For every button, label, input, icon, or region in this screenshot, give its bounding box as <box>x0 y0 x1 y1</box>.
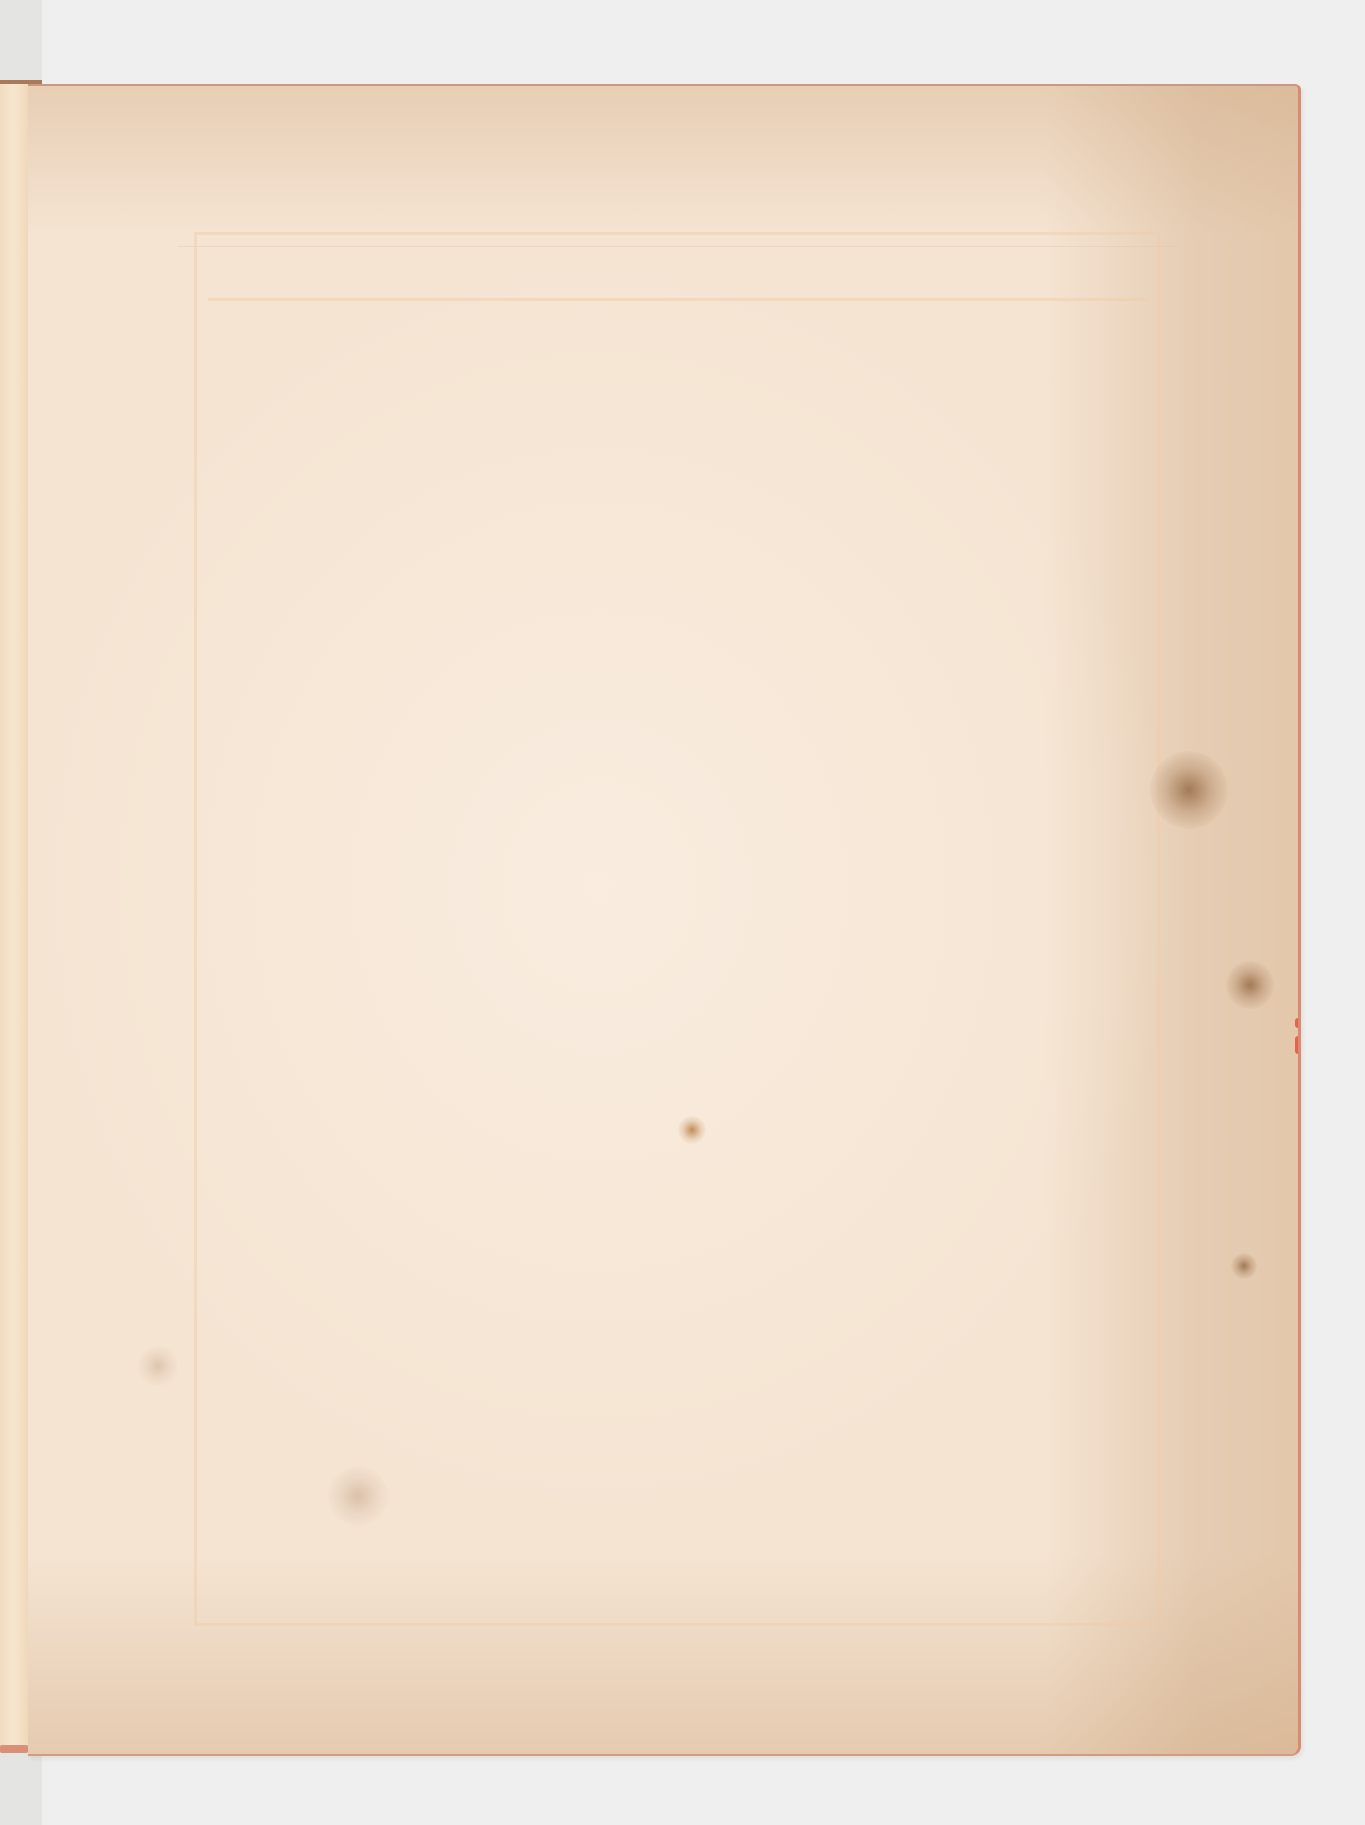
red-edge-stain <box>1295 1036 1301 1054</box>
foxing-spot <box>1226 961 1274 1009</box>
plate-mark-frame <box>194 232 1160 1626</box>
foxing-spot <box>678 1116 706 1144</box>
foxing-spot <box>138 1346 178 1386</box>
red-edge-stain <box>1295 1018 1301 1028</box>
foxing-spot <box>1231 1253 1257 1279</box>
plate-rule-top <box>208 298 1148 301</box>
foxing-spot <box>328 1466 388 1526</box>
spine-cap-bottom <box>0 1745 28 1753</box>
book-spine-edge <box>0 82 31 1750</box>
foxing-spot <box>1150 751 1228 829</box>
blank-page <box>28 84 1301 1756</box>
